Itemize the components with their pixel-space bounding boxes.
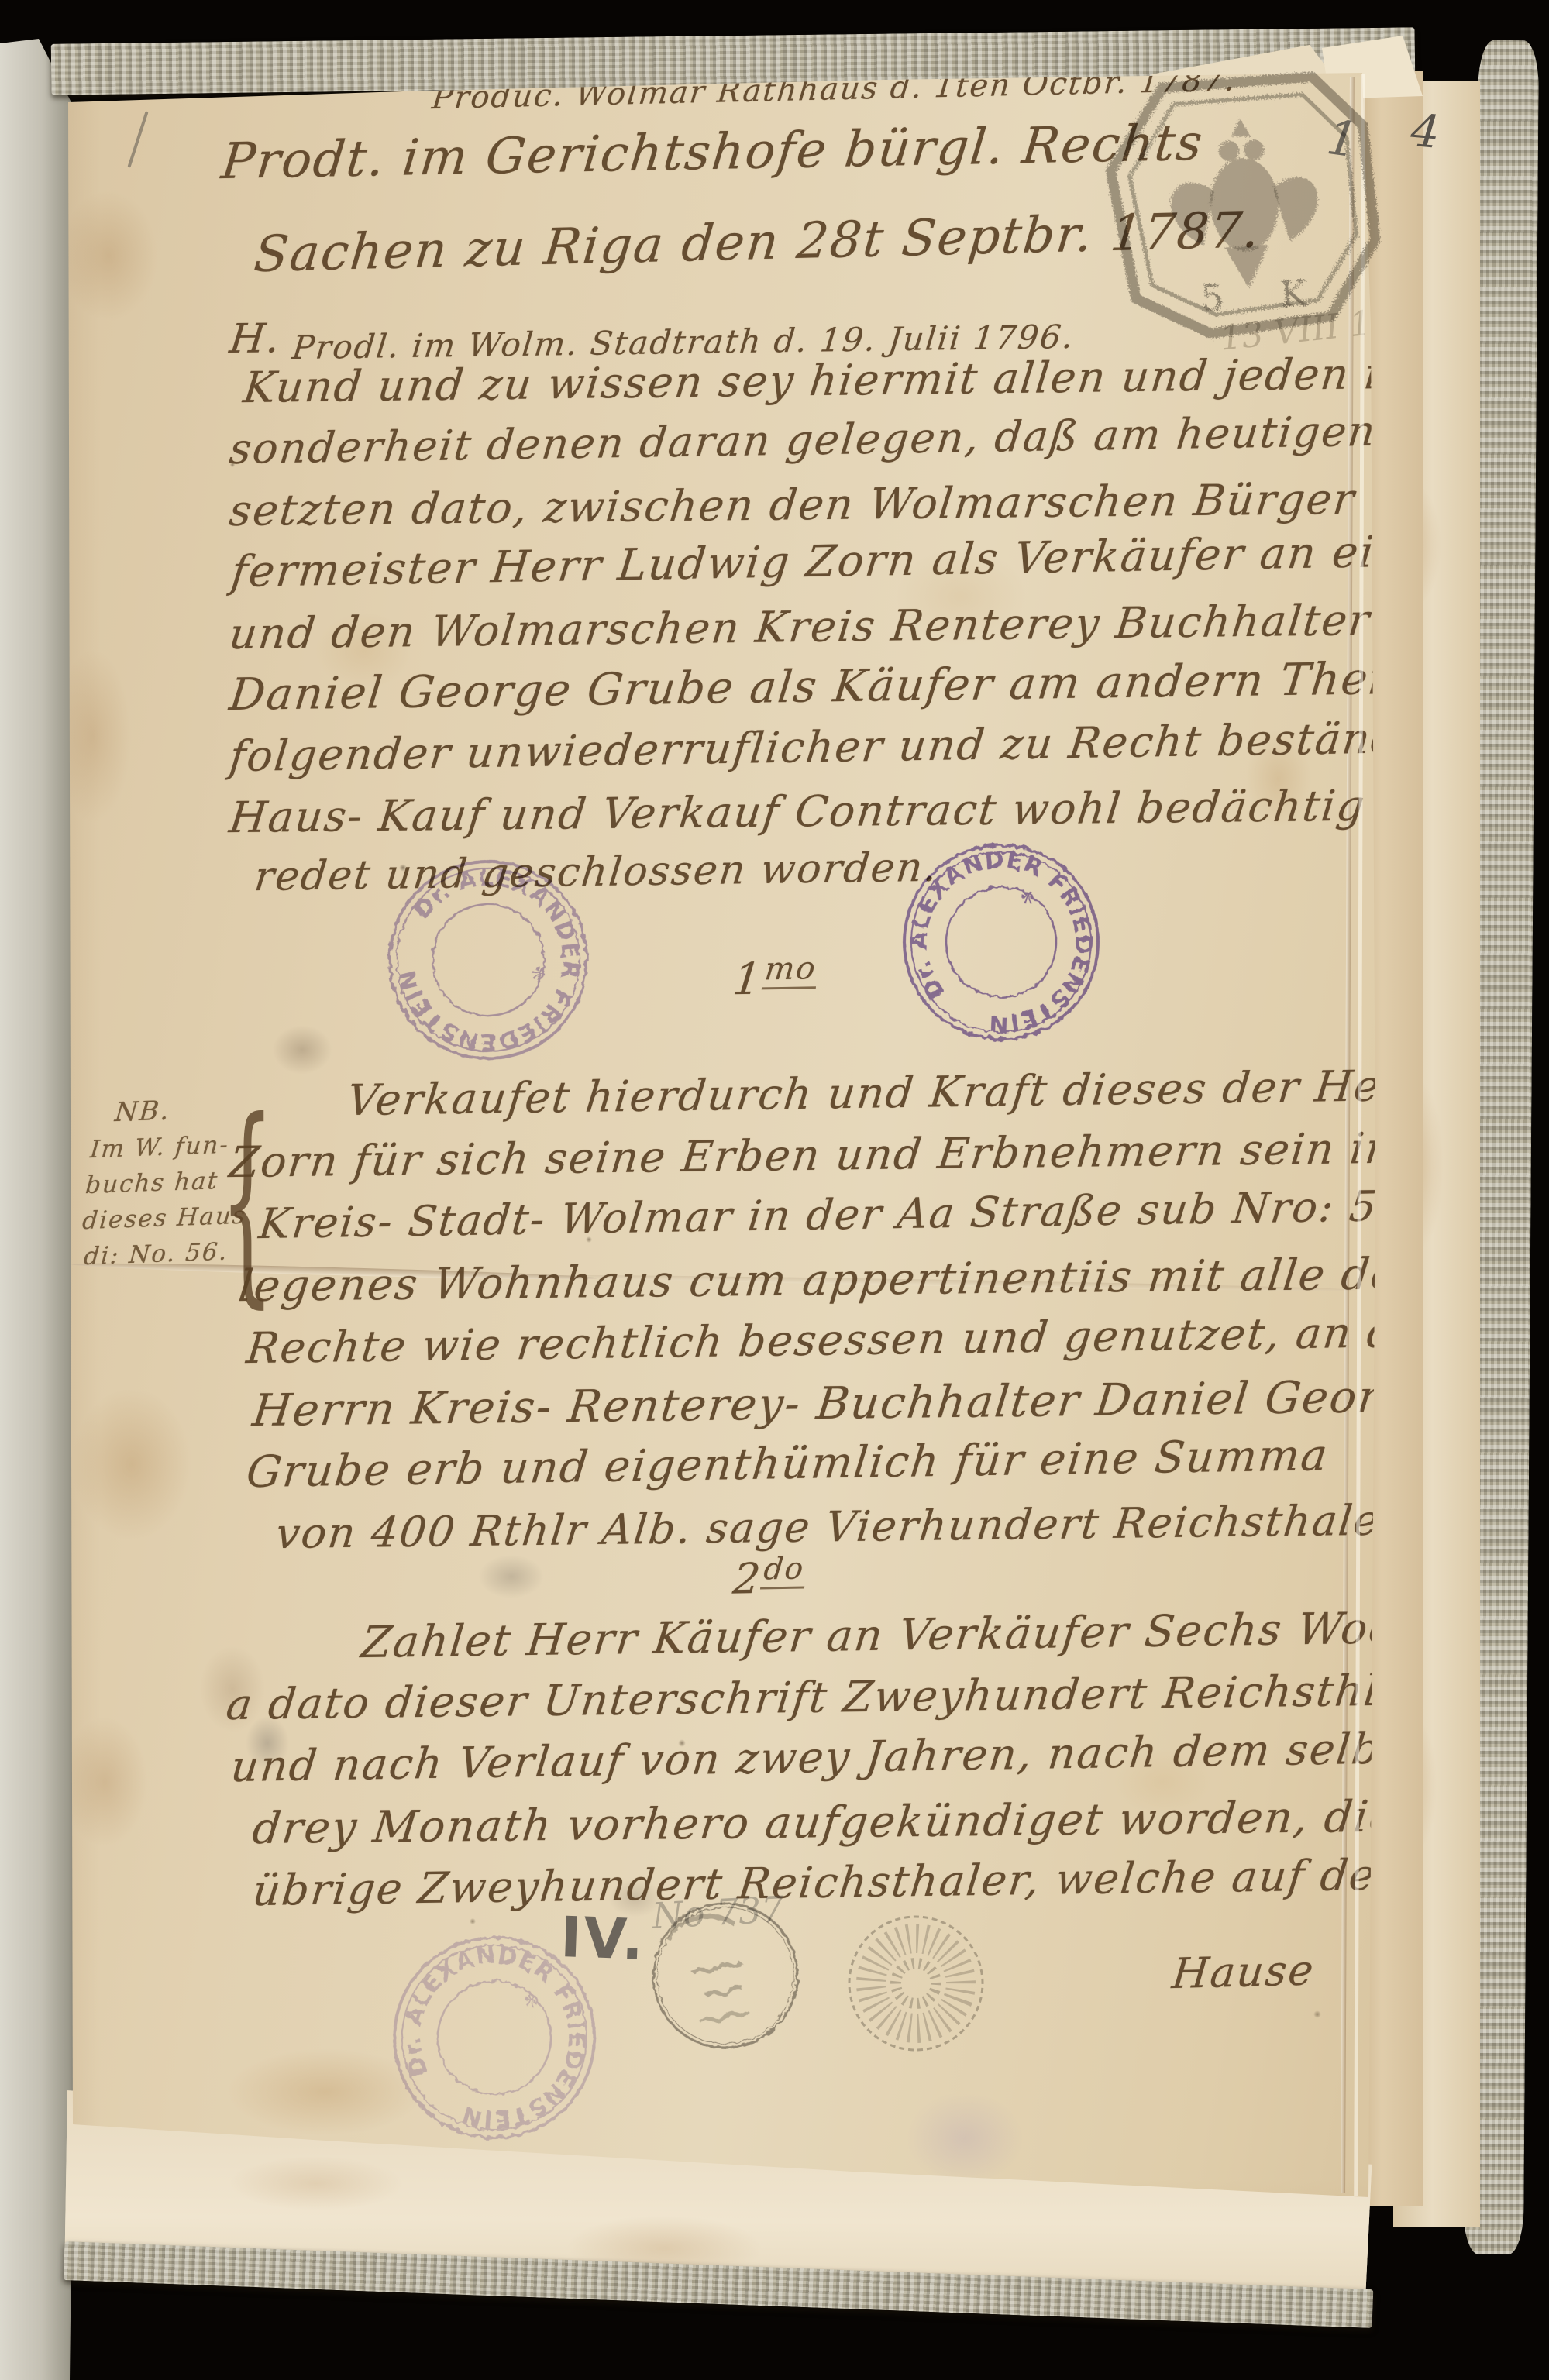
stamps-layer: 5 K Dr. ALEXANDER FRIEDENSTEIN * Dr. ALE… xyxy=(0,0,1549,2380)
manuscript-book-photo: Produc. Wolmar Rathhaus d. 1ten Octbr. 1… xyxy=(0,0,1549,2380)
double-eagle-emblem xyxy=(1166,114,1322,292)
stamp-circular-text: Dr. ALEXANDER FRIEDENSTEIN xyxy=(365,1908,624,2167)
owner-stamp-left: Dr. ALEXANDER FRIEDENSTEIN * xyxy=(353,824,624,1095)
svg-text:Dr. ALEXANDER FRIEDENSTEIN: Dr. ALEXANDER FRIEDENSTEIN xyxy=(866,807,1136,1077)
owner-stamp-right: Dr. ALEXANDER FRIEDENSTEIN * xyxy=(864,805,1138,1078)
stamp-star: * xyxy=(524,962,562,986)
stamp-denomination-5: 5 xyxy=(1200,277,1225,319)
owner-stamp-bottom: Dr. ALEXANDER FRIEDENSTEIN * xyxy=(360,1903,630,2173)
stamp-denomination-k: K xyxy=(1279,272,1310,315)
stamp-circular-text: Dr. ALEXANDER FRIEDENSTEIN xyxy=(866,807,1136,1077)
svg-text:Dr. ALEXANDER FRIEDENSTEIN: Dr. ALEXANDER FRIEDENSTEIN xyxy=(356,828,621,1092)
faded-round-stamp xyxy=(831,1898,1001,2069)
stamp-circular-text: Dr. ALEXANDER FRIEDENSTEIN xyxy=(356,828,621,1092)
library-stamp xyxy=(640,1890,811,2062)
svg-text:Dr. ALEXANDER FRIEDENSTEIN: Dr. ALEXANDER FRIEDENSTEIN xyxy=(365,1908,624,2167)
revenue-stamp: 5 K xyxy=(1107,74,1379,339)
stamp-star: * xyxy=(1014,875,1045,913)
